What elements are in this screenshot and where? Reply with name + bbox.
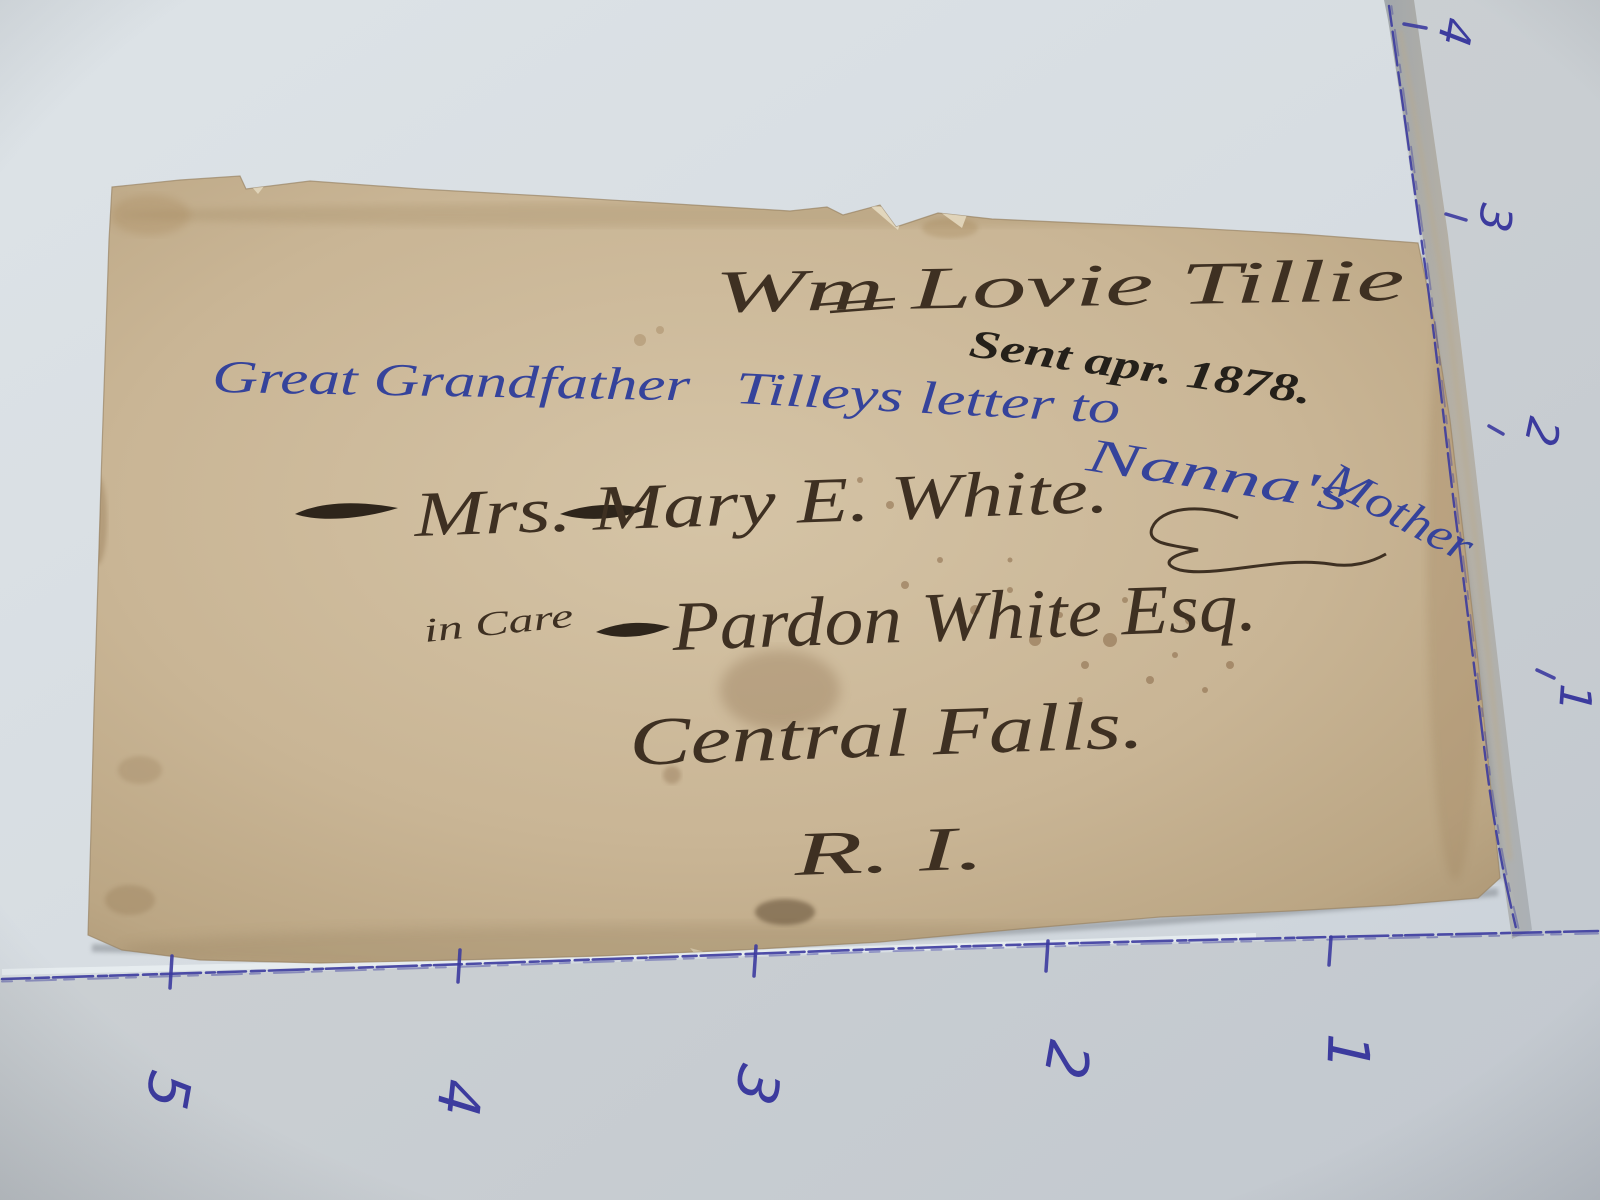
photo-vignette (0, 0, 1600, 1200)
photo-canvas: Wm Lovie Tillie Sent apr. 1878. Great Gr… (0, 0, 1600, 1200)
photo-scene: Wm Lovie Tillie Sent apr. 1878. Great Gr… (0, 0, 1600, 1200)
